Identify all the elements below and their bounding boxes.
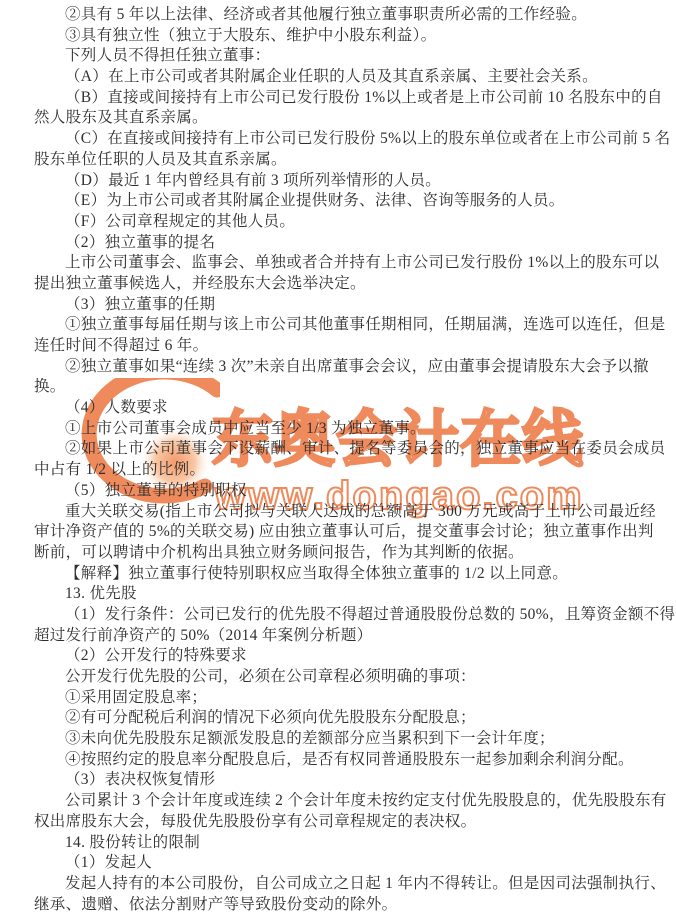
text-line: （5）独立董事的特别职权 <box>34 481 652 502</box>
text-line: ②有可分配税后利润的情况下必须向优先股股东分配股息； <box>34 708 652 729</box>
text-line: 发起人持有的本公司股份，自公司成立之日起 1 年内不得转让。但是因司法强制执行、 <box>34 874 652 895</box>
text-line: （E）为上市公司或者其附属企业提供财务、法律、咨询等服务的人员。 <box>34 191 652 212</box>
text-line: （C）在直接或间接持有上市公司已发行股份 5%以上的股东单位或者在上市公司前 5… <box>34 129 652 150</box>
text-line: ②具有 5 年以上法律、经济或者其他履行独立董事职责所必需的工作经验。 <box>34 5 652 26</box>
text-line: 股东单位任职的人员及其直系亲属。 <box>34 150 652 171</box>
text-line: （1）发起人 <box>34 853 652 874</box>
text-line: ②独立董事如果“连续 3 次”未亲自出席董事会会议，应由董事会提请股东大会予以撤 <box>34 357 652 378</box>
text-line: ④按照约定的股息率分配股息后，是否有权同普通股股东一起参加剩余利润分配。 <box>34 750 652 771</box>
text-line: 权出席股东大会，每股优先股股份享有公司章程规定的表决权。 <box>34 812 652 833</box>
text-line: 超过发行前净资产的 50%（2014 年案例分析题） <box>34 626 652 647</box>
text-line: 提出独立董事候选人，并经股东大会选举决定。 <box>34 274 652 295</box>
text-line: 换。 <box>34 377 652 398</box>
text-line: 下列人员不得担任独立董事： <box>34 46 652 67</box>
text-line: 连任时间不得超过 6 年。 <box>34 336 652 357</box>
text-line: 13. 优先股 <box>34 584 652 605</box>
text-line: （4）人数要求 <box>34 398 652 419</box>
text-line: （2）独立董事的提名 <box>34 233 652 254</box>
text-line: ②如果上市公司董事会下设薪酬、审计、提名等委员会的，独立董事应当在委员会成员 <box>34 439 652 460</box>
text-line: （3）表决权恢复情形 <box>34 770 652 791</box>
document-page: 东奥会计在线 www.dongao.com ②具有 5 年以上法律、经济或者其他… <box>0 0 676 917</box>
text-line: 公司累计 3 个会计年度或连续 2 个会计年度未按约定支付优先股股息的，优先股股… <box>34 791 652 812</box>
text-line: 断前，可以聘请中介机构出具独立财务顾问报告，作为其判断的依据。 <box>34 543 652 564</box>
text-line: （B）直接或间接持有上市公司已发行股份 1%以上或者是上市公司前 10 名股东中… <box>34 88 652 109</box>
text-line: （1）发行条件：公司已发行的优先股不得超过普通股股份总数的 50%，且筹资金额不… <box>34 605 652 626</box>
text-line: 继承、遗赠、依法分割财产等导致股份变动的除外。 <box>34 895 652 916</box>
text-line: 审计净资产值的 5%的关联交易) 应由独立董事认可后，提交董事会讨论；独立董事作… <box>34 522 652 543</box>
text-line: 公开发行优先股的公司，必须在公司章程必须明确的事项： <box>34 667 652 688</box>
text-line: 14. 股份转让的限制 <box>34 833 652 854</box>
text-line: ①上市公司董事会成员中应当至少 1/3 为独立董事。 <box>34 419 652 440</box>
text-line: ③未向优先股股东足额派发股息的差额部分应当累积到下一会计年度； <box>34 729 652 750</box>
text-line: 上市公司董事会、监事会、单独或者合并持有上市公司已发行股份 1%以上的股东可以 <box>34 253 652 274</box>
text-line: 中占有 1/2 以上的比例。 <box>34 460 652 481</box>
text-line: 然人股东及其直系亲属。 <box>34 108 652 129</box>
text-line: （3）独立董事的任期 <box>34 295 652 316</box>
text-line: ③具有独立性（独立于大股东、维护中小股东利益）。 <box>34 26 652 47</box>
document-text: ②具有 5 年以上法律、经济或者其他履行独立董事职责所必需的工作经验。③具有独立… <box>34 0 652 915</box>
text-line: 【解释】独立董事行使特别职权应当取得全体独立董事的 1/2 以上同意。 <box>34 564 652 585</box>
text-line: ①采用固定股息率； <box>34 688 652 709</box>
text-line: （D）最近 1 年内曾经具有前 3 项所列举情形的人员。 <box>34 171 652 192</box>
text-line: （F）公司章程规定的其他人员。 <box>34 212 652 233</box>
text-line: ①独立董事每届任期与该上市公司其他董事任期相同，任期届满，连选可以连任，但是 <box>34 315 652 336</box>
text-line: （2）公开发行的特殊要求 <box>34 646 652 667</box>
text-line: （A）在上市公司或者其附属企业任职的人员及其直系亲属、主要社会关系。 <box>34 67 652 88</box>
text-line: 重大关联交易(指上市公司拟与关联人达成的总额高于 300 万元或高于上市公司最近… <box>34 502 652 523</box>
